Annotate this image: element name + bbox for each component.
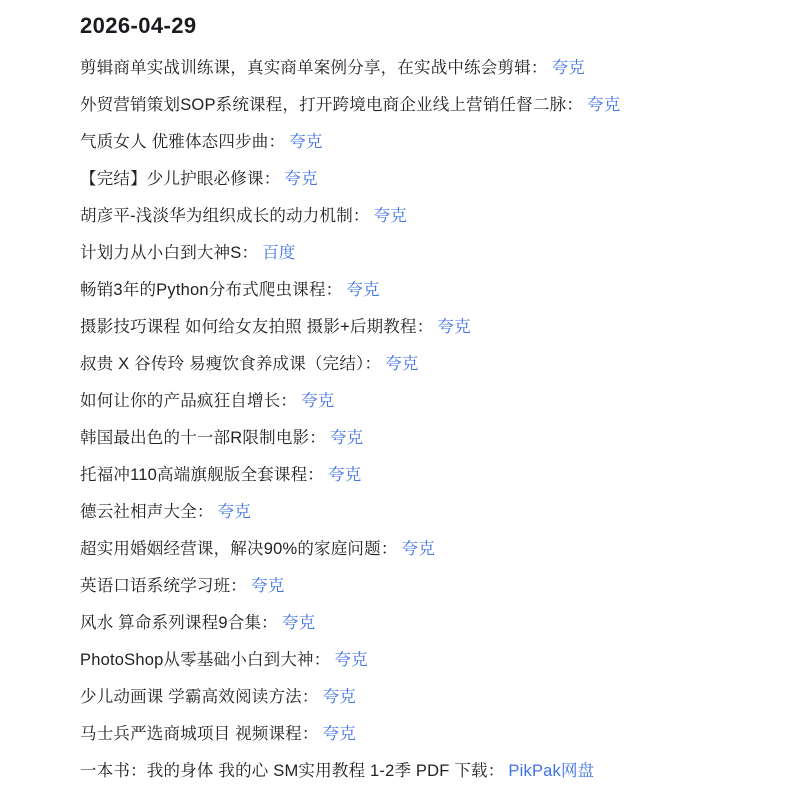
item-link[interactable]: 夸克 <box>346 281 379 299</box>
list-item: 畅销3年的Python分布式爬虫课程：夸克 <box>80 279 757 301</box>
item-text: 摄影技巧课程 如何给女友拍照 摄影+后期教程： <box>80 318 433 336</box>
list-item: 叔贵 X 谷传玲 易瘦饮食养成课（完结）：夸克 <box>80 353 757 375</box>
list-item: 少儿动画课 学霸高效阅读方法：夸克 <box>80 686 757 708</box>
item-text: 一本书：我的身体 我的心 SM实用教程 1-2季 PDF 下载： <box>80 762 504 780</box>
item-text: 胡彦平-浅淡华为组织成长的动力机制： <box>80 207 370 225</box>
item-link[interactable]: 夸克 <box>330 429 363 447</box>
item-link[interactable]: 夸克 <box>301 392 334 410</box>
item-link[interactable]: 夸克 <box>385 355 418 373</box>
item-text: 外贸营销策划SOP系统课程，打开跨境电商企业线上营销任督二脉： <box>80 96 583 114</box>
list-item: 托福冲110高端旗舰版全套课程：夸克 <box>80 464 757 486</box>
date-heading: 2026-04-29 <box>80 13 757 39</box>
list-item: 如何让你的产品疯狂自增长：夸克 <box>80 390 757 412</box>
item-link[interactable]: 夸克 <box>552 59 585 77</box>
list-item: 胡彦平-浅淡华为组织成长的动力机制：夸克 <box>80 205 757 227</box>
item-text: 少儿动画课 学霸高效阅读方法： <box>80 688 319 706</box>
item-text: 气质女人 优雅体态四步曲： <box>80 133 285 151</box>
item-link[interactable]: 夸克 <box>323 688 356 706</box>
item-link[interactable]: 夸克 <box>402 540 435 558</box>
item-text: PhotoShop从零基础小白到大神： <box>80 651 330 669</box>
item-text: 畅销3年的Python分布式爬虫课程： <box>80 281 342 299</box>
list-item: 一本书：我的身体 我的心 SM实用教程 1-2季 PDF 下载：PikPak网盘 <box>80 760 757 782</box>
item-text: 托福冲110高端旗舰版全套课程： <box>80 466 324 484</box>
item-link[interactable]: PikPak网盘 <box>508 762 594 780</box>
page-content: 2026-04-29 剪辑商单实战训练课，真实商单案例分享，在实战中练会剪辑：夸… <box>0 0 787 782</box>
list-item: PhotoShop从零基础小白到大神：夸克 <box>80 649 757 671</box>
list-item: 马士兵严选商城项目 视频课程：夸克 <box>80 723 757 745</box>
item-text: 计划力从小白到大神S： <box>80 244 258 262</box>
item-text: 英语口语系统学习班： <box>80 577 247 595</box>
list-item: 摄影技巧课程 如何给女友拍照 摄影+后期教程：夸克 <box>80 316 757 338</box>
item-link[interactable]: 夸克 <box>328 466 361 484</box>
list-item: 外贸营销策划SOP系统课程，打开跨境电商企业线上营销任督二脉：夸克 <box>80 94 757 116</box>
item-text: 风水 算命系列课程9合集： <box>80 614 278 632</box>
list-item: 韩国最出色的十一部R限制电影：夸克 <box>80 427 757 449</box>
list-item: 德云社相声大全：夸克 <box>80 501 757 523</box>
item-text: 韩国最出色的十一部R限制电影： <box>80 429 326 447</box>
item-link[interactable]: 夸克 <box>284 170 317 188</box>
list-item: 剪辑商单实战训练课，真实商单案例分享，在实战中练会剪辑：夸克 <box>80 57 757 79</box>
item-link[interactable]: 百度 <box>262 244 295 262</box>
item-link[interactable]: 夸克 <box>251 577 284 595</box>
item-link[interactable]: 夸克 <box>289 133 322 151</box>
list-item: 风水 算命系列课程9合集：夸克 <box>80 612 757 634</box>
item-text: 德云社相声大全： <box>80 503 214 521</box>
list-item: 【完结】少儿护眼必修课：夸克 <box>80 168 757 190</box>
item-link[interactable]: 夸克 <box>218 503 251 521</box>
list-item: 英语口语系统学习班：夸克 <box>80 575 757 597</box>
item-text: 【完结】少儿护眼必修课： <box>80 170 280 188</box>
item-text: 超实用婚姻经营课，解决90%的家庭问题： <box>80 540 398 558</box>
item-text: 剪辑商单实战训练课，真实商单案例分享，在实战中练会剪辑： <box>80 59 548 77</box>
item-text: 叔贵 X 谷传玲 易瘦饮食养成课（完结）： <box>80 355 381 373</box>
item-link[interactable]: 夸克 <box>282 614 315 632</box>
item-link[interactable]: 夸克 <box>437 318 470 336</box>
list-item: 计划力从小白到大神S：百度 <box>80 242 757 264</box>
item-text: 马士兵严选商城项目 视频课程： <box>80 725 319 743</box>
item-link[interactable]: 夸克 <box>587 96 620 114</box>
item-link[interactable]: 夸克 <box>334 651 367 669</box>
item-link[interactable]: 夸克 <box>374 207 407 225</box>
item-link[interactable]: 夸克 <box>323 725 356 743</box>
list-item: 气质女人 优雅体态四步曲：夸克 <box>80 131 757 153</box>
list-item: 超实用婚姻经营课，解决90%的家庭问题：夸克 <box>80 538 757 560</box>
item-text: 如何让你的产品疯狂自增长： <box>80 392 297 410</box>
